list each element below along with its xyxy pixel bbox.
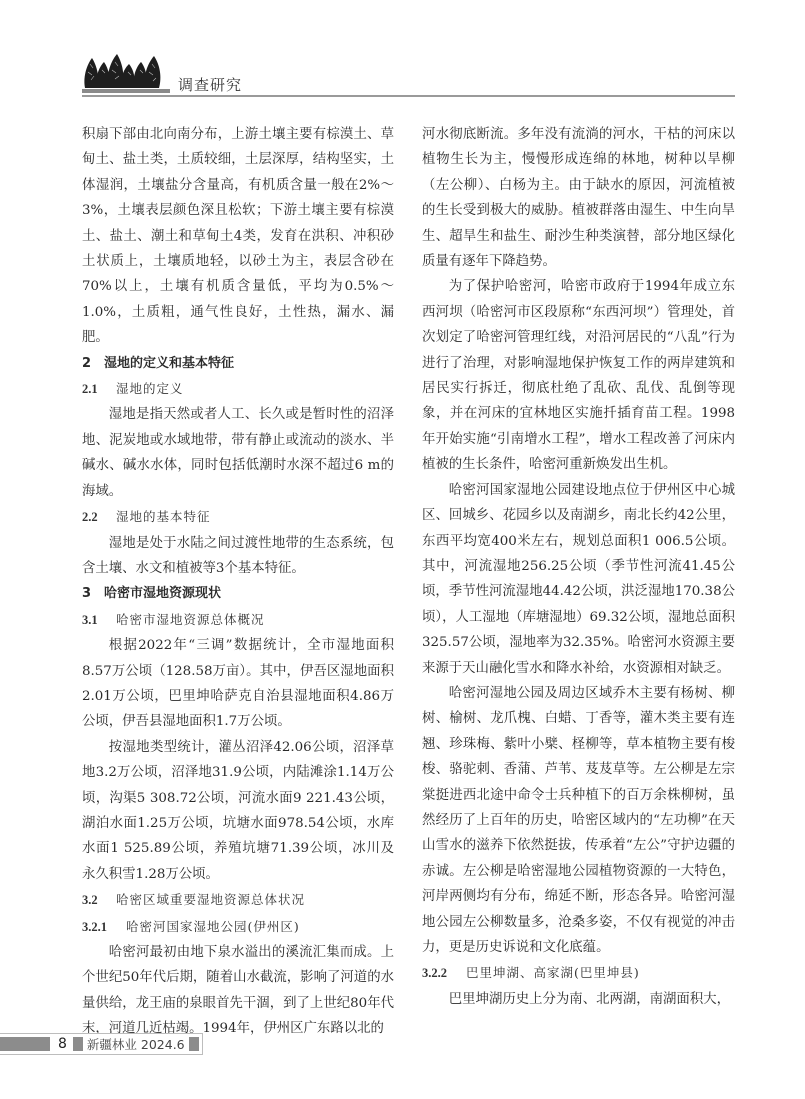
subsubsection-heading: 3.2.2巴里坤湖、高家湖(巴里坤县) [422,960,735,986]
page-footer: 8 新疆林业 2024.6 [0,1033,203,1055]
tree-row-icon [82,52,172,90]
footer-square [189,1037,199,1051]
subsection-heading: 3.2哈密区域重要湿地资源总体状况 [82,887,394,913]
page-number: 8 [58,1036,67,1052]
footer-bar [0,1037,50,1051]
logo-bar [82,89,170,93]
paragraph: 巴里坤湖历史上分为南、北两湖，南湖面积大， [422,987,735,1012]
section-heading: 3哈密市湿地资源现状 [82,581,394,606]
paragraph: 哈密河湿地公园及周边区域乔木主要有杨树、柳树、榆树、龙爪槐、白蜡、丁香等，灌木类… [422,681,735,960]
left-column: 积扇下部由北向南分布，上游土壤主要有棕漠土、草甸土、盐土类，土质较细，土层深厚，… [82,122,394,1042]
paragraph: 积扇下部由北向南分布，上游土壤主要有棕漠土、草甸土、盐土类，土质较细，土层深厚，… [82,122,394,351]
paragraph: 湿地是处于水陆之间过渡性地带的生态系统，包含土壤、水文和植被等3个基本特征。 [82,531,394,582]
paragraph: 根据2022年“三调”数据统计，全市湿地面积8.57万公顷（128.58万亩）。… [82,633,394,735]
paragraph: 为了保护哈密河，哈密市政府于1994年成立东西河坝（哈密河市区段原称“东西河坝”… [422,274,735,477]
paragraph: 湿地是指天然或者人工、长久或是暂时性的沼泽地、泥炭地或水域地带，带有静止或流动的… [82,402,394,504]
header-rule [82,95,735,97]
subsection-heading: 2.1湿地的定义 [82,376,394,402]
right-column: 河水彻底断流。多年没有流淌的河水，干枯的河床以植物生长为主，慢慢形成连绵的林地，… [422,122,735,1012]
subsubsection-heading: 3.2.1哈密河国家湿地公园(伊州区) [82,914,394,940]
footer-square [73,1037,83,1051]
journal-issue: 新疆林业 2024.6 [87,1035,185,1053]
section-tag: 调查研究 [178,74,242,95]
subsection-heading: 2.2湿地的基本特征 [82,504,394,530]
paragraph: 哈密河最初由地下泉水溢出的溪流汇集而成。上个世纪50年代后期，随着山水截流，影响… [82,940,394,1042]
subsection-heading: 3.1哈密市湿地资源总体概况 [82,607,394,633]
paragraph: 按湿地类型统计，灌丛沼泽42.06公顷，沼泽草地3.2万公顷，沼泽地31.9公顷… [82,735,394,887]
paragraph: 哈密河国家湿地公园建设地点位于伊州区中心城区、回城乡、花园乡以及南湖乡，南北长约… [422,478,735,681]
running-header: 调查研究 [82,52,735,98]
section-heading: 2湿地的定义和基本特征 [82,351,394,376]
paragraph: 河水彻底断流。多年没有流淌的河水，干枯的河床以植物生长为主，慢慢形成连绵的林地，… [422,122,735,274]
